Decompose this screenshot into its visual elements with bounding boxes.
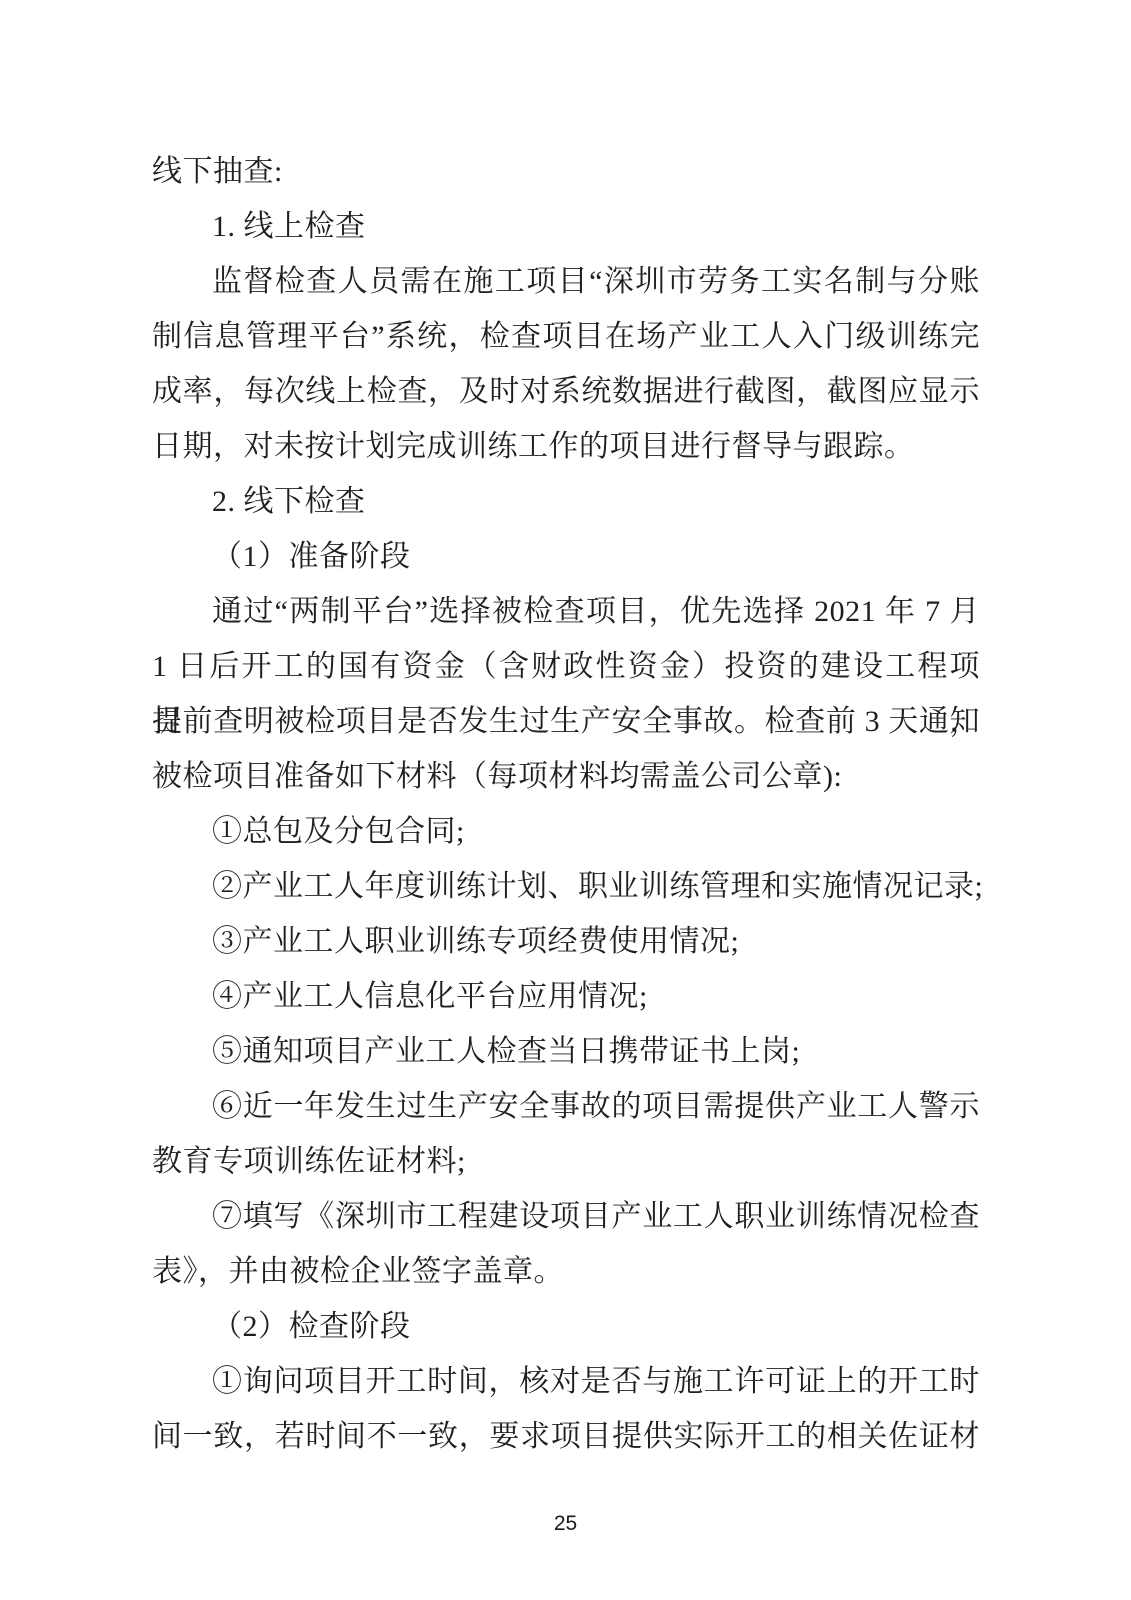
text-line: 间一致，若时间不一致，要求项目提供实际开工的相关佐证材 xyxy=(152,1409,980,1464)
text-line: 制信息管理平台”系统，检查项目在场产业工人入门级训练完 xyxy=(152,309,980,364)
text-line: 线下抽查: xyxy=(152,144,980,199)
text-line: ①总包及分包合同; xyxy=(152,804,980,859)
text-line: ②产业工人年度训练计划、职业训练管理和实施情况记录; xyxy=(152,859,980,914)
text-line: 提前查明被检项目是否发生过生产安全事故。检查前 3 天通知 xyxy=(152,694,980,749)
text-line: ⑦填写《深圳市工程建设项目产业工人职业训练情况检查 xyxy=(152,1189,980,1244)
text-line: 日期，对未按计划完成训练工作的项目进行督导与跟踪。 xyxy=(152,419,980,474)
text-line: 成率，每次线上检查，及时对系统数据进行截图，截图应显示 xyxy=(152,364,980,419)
document-page: 线下抽查:1. 线上检查监督检查人员需在施工项目“深圳市劳务工实名制与分账制信息… xyxy=(0,0,1131,1600)
text-line: （2）检查阶段 xyxy=(152,1299,980,1354)
text-line: 被检项目准备如下材料（每项材料均需盖公司公章): xyxy=(152,749,980,804)
text-line: ①询问项目开工时间，核对是否与施工许可证上的开工时 xyxy=(152,1354,980,1409)
text-line: 监督检查人员需在施工项目“深圳市劳务工实名制与分账 xyxy=(152,254,980,309)
text-line: 表》，并由被检企业签字盖章。 xyxy=(152,1244,980,1299)
text-block: 线下抽查:1. 线上检查监督检查人员需在施工项目“深圳市劳务工实名制与分账制信息… xyxy=(152,144,980,1464)
text-line: ④产业工人信息化平台应用情况; xyxy=(152,969,980,1024)
text-line: ③产业工人职业训练专项经费使用情况; xyxy=(152,914,980,969)
text-line: 通过“两制平台”选择被检查项目，优先选择 2021 年 7 月 xyxy=(152,584,980,639)
text-line: 教育专项训练佐证材料; xyxy=(152,1134,980,1189)
text-line: ⑥近一年发生过生产安全事故的项目需提供产业工人警示 xyxy=(152,1079,980,1134)
text-line: 1 日后开工的国有资金（含财政性资金）投资的建设工程项目， xyxy=(152,639,980,694)
text-line: 2. 线下检查 xyxy=(152,474,980,529)
page-number: 25 xyxy=(0,1512,1131,1536)
text-line: ⑤通知项目产业工人检查当日携带证书上岗; xyxy=(152,1024,980,1079)
text-line: 1. 线上检查 xyxy=(152,199,980,254)
text-line: （1）准备阶段 xyxy=(152,529,980,584)
